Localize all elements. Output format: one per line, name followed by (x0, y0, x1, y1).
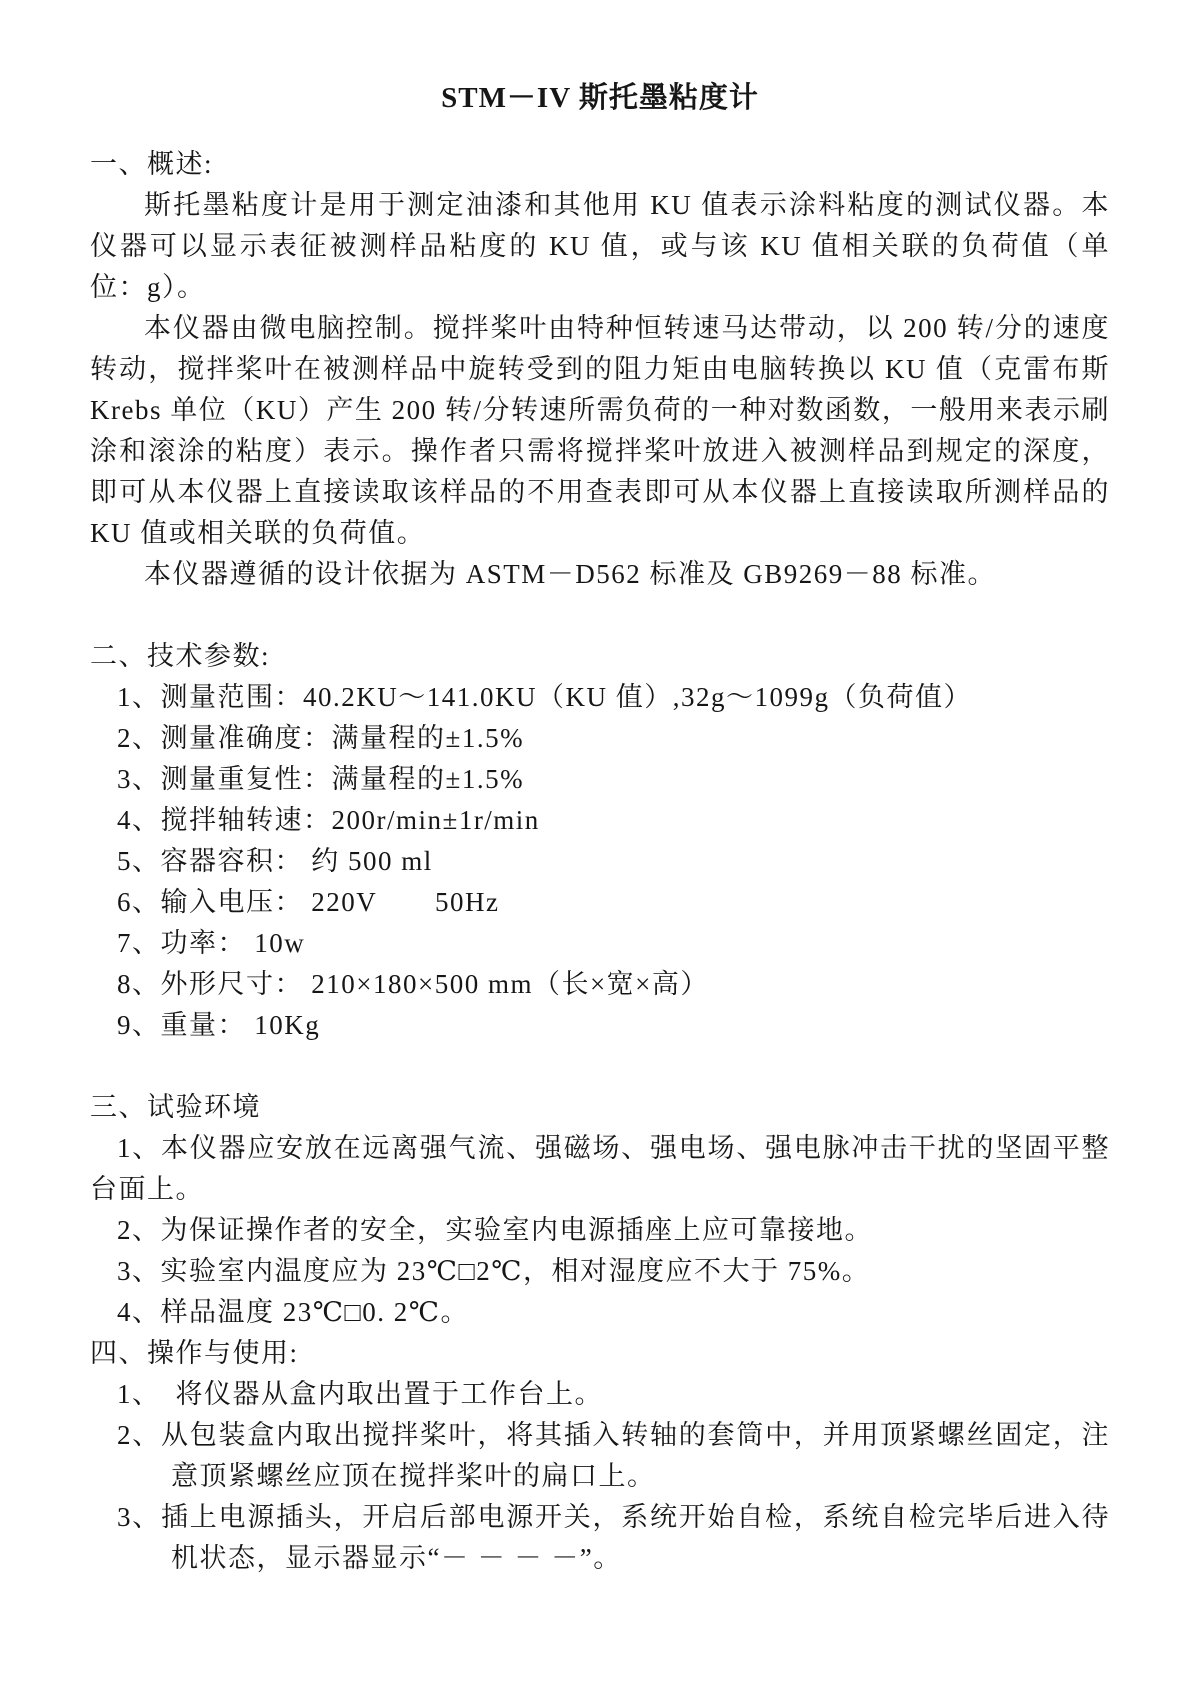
spec-item-2: 2、测量准确度：满量程的±1.5% (90, 718, 1110, 759)
env-item-1: 1、本仪器应安放在远离强气流、强磁场、强电场、强电脉冲击干扰的坚固平整台面上。 (90, 1128, 1110, 1210)
op-item-3: 3、插上电源插头，开启后部电源开关，系统开始自检，系统自检完毕后进入待机状态，显… (90, 1497, 1110, 1579)
spec-item-4: 4、搅拌轴转速：200r/min±1r/min (90, 800, 1110, 841)
overview-para-1: 斯托墨粘度计是用于测定油漆和其他用 KU 值表示涂料粘度的测试仪器。本仪器可以显… (90, 185, 1110, 308)
overview-para-3: 本仪器遵循的设计依据为 ASTM－D562 标准及 GB9269－88 标准。 (90, 554, 1110, 595)
overview-para-2: 本仪器由微电脑控制。搅拌桨叶由特种恒转速马达带动，以 200 转/分的速度转动，… (90, 308, 1110, 554)
document-page: STM－IV 斯托墨粘度计 一、概述: 斯托墨粘度计是用于测定油漆和其他用 KU… (0, 0, 1200, 1697)
section-specs-heading: 二、技术参数: (90, 636, 1110, 677)
section-environment-heading: 三、试验环境 (90, 1087, 1110, 1128)
env-item-4: 4、样品温度 23℃□0. 2℃。 (90, 1292, 1110, 1333)
section-overview-heading: 一、概述: (90, 144, 1110, 185)
document-title: STM－IV 斯托墨粘度计 (90, 76, 1110, 120)
spec-item-3: 3、测量重复性：满量程的±1.5% (90, 759, 1110, 800)
blank-line (90, 595, 1110, 636)
env-item-2: 2、为保证操作者的安全，实验室内电源插座上应可靠接地。 (90, 1210, 1110, 1251)
blank-line (90, 1046, 1110, 1087)
spec-item-5: 5、容器容积： 约 500 ml (90, 841, 1110, 882)
section-operation-heading: 四、操作与使用: (90, 1333, 1110, 1374)
spec-item-7: 7、功率： 10w (90, 923, 1110, 964)
op-item-2: 2、从包装盒内取出搅拌桨叶，将其插入转轴的套筒中，并用顶紧螺丝固定，注意顶紧螺丝… (90, 1415, 1110, 1497)
spec-item-6: 6、输入电压： 220V 50Hz (90, 882, 1110, 923)
spec-item-1: 1、测量范围：40.2KU～141.0KU（KU 值）,32g～1099g（负荷… (90, 677, 1110, 718)
env-item-3: 3、实验室内温度应为 23℃□2℃，相对湿度应不大于 75%。 (90, 1251, 1110, 1292)
spec-item-9: 9、重量： 10Kg (90, 1005, 1110, 1046)
spec-item-8: 8、外形尺寸： 210×180×500 mm（长×宽×高） (90, 964, 1110, 1005)
op-item-1: 1、 将仪器从盒内取出置于工作台上。 (90, 1374, 1110, 1415)
